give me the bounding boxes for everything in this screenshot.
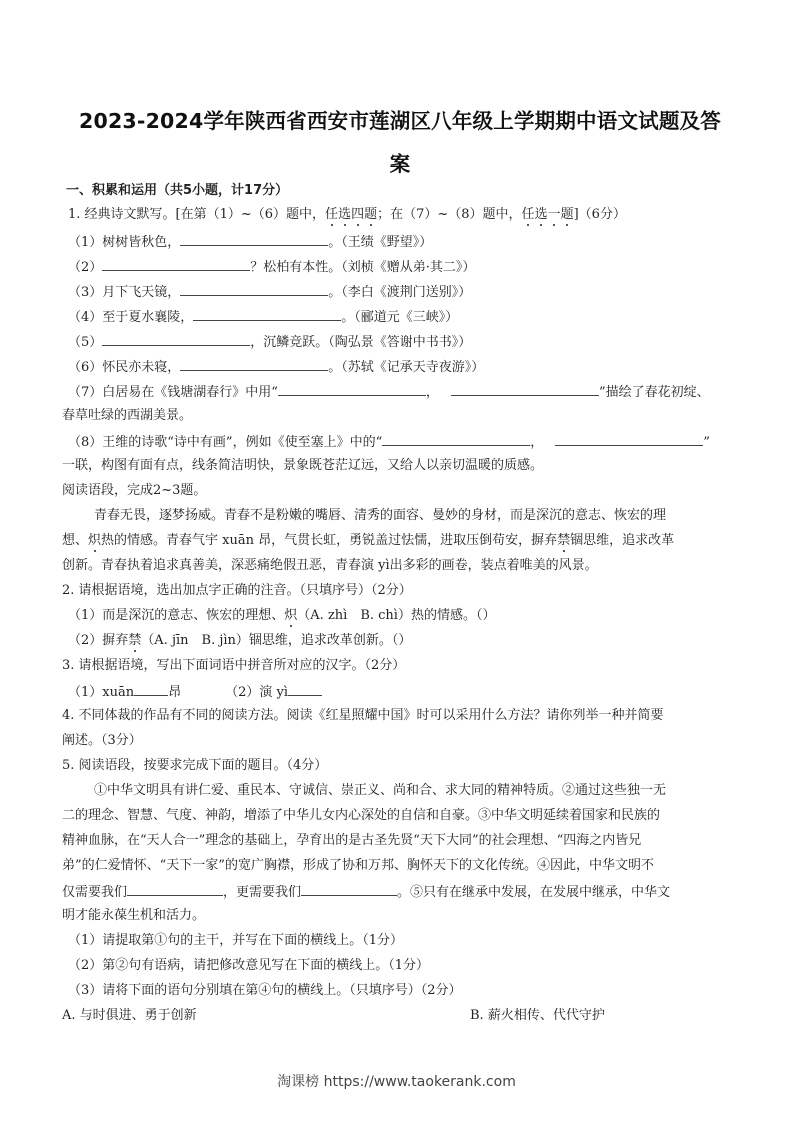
passage-text: 。⑤只有在继承中发展，在发展中继承，中华文 [397, 885, 670, 900]
answer-blank[interactable] [180, 283, 328, 296]
q5-sub-2: （2）第②句有语病，请把修改意见写在下面的横线上。（1分） [68, 958, 429, 974]
item-text: ， [530, 435, 543, 450]
question-3-stem: 3. 请根据语境，写出下面词语中拼音所对应的汉字。（2分） [62, 658, 405, 674]
watermark-footer: 淘课榜 https://www.taokerank.com [0, 1071, 793, 1091]
answer-blank[interactable] [102, 258, 250, 271]
passage-text: 热的情感。青春气宇 xuān 昂，气贯长虹，勇锐盖过怯懦，进取压倒苟安，摒弃 [101, 533, 557, 548]
item-text: （8）王维的诗歌“诗中有画”，例如《使至塞上》中的“ [68, 435, 382, 450]
item-text: （1）xuān [68, 685, 134, 700]
answer-blank[interactable] [451, 383, 599, 396]
passage-2-line-5: 仅需要我们，更需要我们。⑤只有在继承中发展，在发展中继承，中华文 [62, 883, 670, 901]
dotted-char: 禁 [128, 633, 141, 648]
q2-item-1: （1）而是深沉的意志、恢宏的理想、炽（A. zhì B. chì）热的情感。（） [68, 608, 495, 624]
option-a: A. 与时俱进、勇于创新 [62, 1008, 197, 1023]
exam-page: 2023-2024学年陕西省西安市莲湖区八年级上学期期中语文试题及答 案 一、积… [0, 0, 793, 1122]
q1-item-4: （4）至于夏水襄陵，。（郦道元《三峡》） [68, 308, 458, 326]
dotted-char: 炽 [88, 533, 101, 548]
option-b: B. 薪火相传、代代守护 [470, 1008, 605, 1024]
question-4-line-1: 4. 不同体裁的作品有不同的阅读方法。阅读《红星照耀中国》时可以采用什么方法？请… [62, 708, 664, 724]
passage-2-line-4: 弟”的仁爱情怀、“天下一家”的宽广胸襟，形成了协和万邦、胸怀天下的文化传统。④因… [62, 858, 654, 874]
item-text: （2）演 yì [225, 685, 288, 700]
passage-2-line-2: 二的理念、智慧、气度、神韵，增添了中华儿女内心深处的自信和自豪。③中华文明延续着… [62, 808, 660, 824]
question-1-stem: 1. 经典诗文默写。[在第（1）~（6）题中，任选四题；在（7）~（8）题中，任… [68, 207, 626, 223]
answer-blank[interactable] [301, 883, 397, 896]
question-4-line-2: 阐述。（3分） [62, 733, 142, 749]
q1-emphasis-choose-four: 任选四题 [325, 207, 377, 222]
passage-text: 想、 [62, 533, 88, 548]
item-text: （2）摒弃 [68, 633, 128, 648]
q1-item-7-cont: 春草吐绿的西湖美景。 [62, 408, 192, 424]
item-source: 。（李白《渡荆门送别》） [328, 285, 471, 300]
q2-item-2: （2）摒弃禁（A. jīn B. jìn）锢思维，追求改革创新。（） [68, 633, 411, 649]
item-source: 。（王绩《野望》） [328, 235, 432, 250]
q3-items: （1）xuān昂（2）演 yì [68, 683, 322, 701]
q1-item-8-cont: 一联，构图有面有点，线条简洁明快，景象既苍茫辽远，又给人以亲切温暖的质感。 [62, 458, 543, 474]
item-text: ， [426, 385, 439, 400]
q1-item-1: （1）树树皆秋色，。（王绩《野望》） [68, 233, 432, 251]
passage-2-line-1: ①中华文明具有讲仁爱、重民本、守诚信、崇正义、尚和合、求大同的精神特质。②通过这… [94, 783, 666, 799]
section-heading: 一、积累和运用（共5小题，计17分） [66, 183, 288, 199]
answer-blank[interactable] [555, 433, 703, 446]
answer-blank[interactable] [288, 683, 322, 696]
q1-stem-part: 1. 经典诗文默写。[在第（1）~（6）题中， [68, 207, 325, 222]
item-text: （1）而是深沉的意志、恢宏的理想、 [68, 608, 284, 623]
passage-1-line-2: 想、炽热的情感。青春气宇 xuān 昂，气贯长虹，勇锐盖过怯懦，进取压倒苟安，摒… [62, 533, 674, 549]
item-text: （1）树树皆秋色， [68, 235, 180, 250]
q1-item-6: （6）怀民亦未寝，。（苏轼《记承天寺夜游》） [68, 358, 484, 376]
passage-text: ，更需要我们 [223, 885, 301, 900]
document-title-line2: 案 [60, 147, 740, 177]
question-2-stem: 2. 请根据语境，选出加点字正确的注音。（只填序号）（2分） [62, 583, 412, 599]
answer-blank[interactable] [102, 333, 250, 346]
answer-blank[interactable] [278, 383, 426, 396]
q1-emphasis-choose-one: 任选一题 [522, 207, 574, 222]
passage-text: 仅需要我们 [62, 885, 127, 900]
item-text: 昂 [168, 685, 181, 700]
answer-blank[interactable] [382, 433, 530, 446]
q1-item-7: （7）白居易在《钱塘湖春行》中用“，”描绘了春花初绽、 [68, 383, 710, 401]
question-5-stem: 5. 阅读语段，按要求完成下面的题目。（4分） [62, 758, 327, 774]
item-source: 。（苏轼《记承天寺夜游》） [328, 360, 484, 375]
answer-blank[interactable] [127, 883, 223, 896]
q1-item-3: （3）月下飞天镜，。（李白《渡荆门送别》） [68, 283, 471, 301]
q1-item-2: （2）？松柏有本性。（刘桢《赠从弟·其二》） [68, 258, 475, 276]
passage-2-line-3: 精神血脉，在“天人合一”理念的基础上，孕育出的是古圣先贤“天下大同”的社会理想、… [62, 833, 641, 849]
item-text: （3）月下飞天镜， [68, 285, 180, 300]
answer-blank[interactable] [180, 358, 328, 371]
item-source: ，沉鳞竞跃。（陶弘景《答谢中书书》） [250, 335, 471, 350]
item-text: （5） [68, 335, 102, 350]
q5-sub-3: （3）请将下面的语句分别填在第④句的横线上。（只填序号）（2分） [68, 983, 462, 999]
reading-instruction: 阅读语段，完成2~3题。 [62, 483, 206, 499]
passage-text: 锢思维，追求改革 [570, 533, 674, 548]
answer-blank[interactable] [180, 233, 328, 246]
item-text: （A. jīn B. jìn）锢思维，追求改革创新。（） [141, 633, 411, 648]
q1-stem-part: ]（6分） [574, 207, 626, 222]
item-text: （2） [68, 260, 102, 275]
dotted-char: 炽 [284, 608, 297, 623]
item-text: （7）白居易在《钱塘湖春行》中用“ [68, 385, 278, 400]
answer-blank[interactable] [134, 683, 168, 696]
passage-1-line-3: 创新。青春执着追求真善美，深恶痛绝假丑恶，青春演 yì出多彩的画卷，装点着唯美的… [62, 558, 598, 574]
item-text: ” [703, 435, 710, 450]
document-title-line1: 2023-2024学年陕西省西安市莲湖区八年级上学期期中语文试题及答 [60, 104, 740, 134]
item-text: （6）怀民亦未寝， [68, 360, 180, 375]
item-source: 。（郦道元《三峡》） [341, 310, 458, 325]
q5-options: A. 与时俱进、勇于创新 B. 薪火相传、代代守护 [62, 1008, 742, 1024]
dotted-char: 禁 [557, 533, 570, 548]
answer-blank[interactable] [193, 308, 341, 321]
item-text: ”描绘了春花初绽、 [599, 385, 710, 400]
passage-2-line-6: 明才能永葆生机和活力。 [62, 908, 205, 924]
q1-item-5: （5），沉鳞竞跃。（陶弘景《答谢中书书》） [68, 333, 471, 351]
q1-stem-part: ；在（7）~（8）题中， [377, 207, 521, 222]
item-text: （A. zhì B. chì）热的情感。（） [297, 608, 495, 623]
item-source: ？松柏有本性。（刘桢《赠从弟·其二》） [250, 260, 475, 275]
q5-sub-1: （1）请提取第①句的主干，并写在下面的横线上。（1分） [68, 933, 403, 949]
item-text: （4）至于夏水襄陵， [68, 310, 193, 325]
passage-1-line-1: 青春无畏，逐梦扬威。青春不是粉嫩的嘴唇、清秀的面容、曼妙的身材，而是深沉的意志、… [94, 508, 666, 524]
q1-item-8: （8）王维的诗歌“诗中有画”，例如《使至塞上》中的“，” [68, 433, 710, 451]
